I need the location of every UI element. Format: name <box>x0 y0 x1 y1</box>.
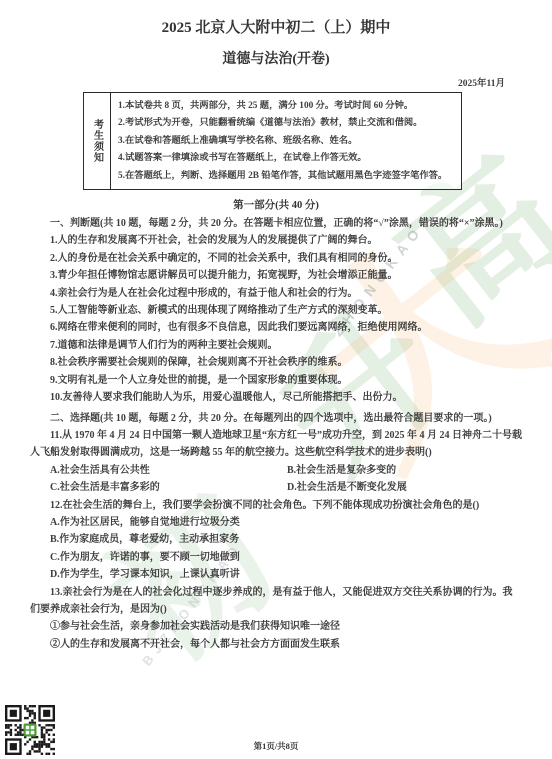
notice-label: 考生须知 <box>84 93 111 189</box>
question-13: 13.亲社会行为是在人的社会化过程中逐步养成的，是有益于他人，又能促进双方交往关… <box>30 584 522 619</box>
exam-date: 2025年11月 <box>0 75 505 89</box>
question-12: 12.在社会生活的舞台上，我们要学会扮演不同的社会角色。下列不能体现成功扮演社会… <box>30 497 522 514</box>
judge-item-5: 5.人工智能等新业态、新模式的出现体现了网络推动了生产方式的深刻变革。 <box>30 302 522 319</box>
part1-heading: 第一部分(共 40 分) <box>30 197 522 212</box>
notice-item: 1.本试卷共 8 页，共两部分，共 25 题，满分 100 分。考试时间 60 … <box>118 98 447 115</box>
judge-item-2: 2.人的身份是在社会关系中确定的，不同的社会关系中，我们具有相同的身份。 <box>30 250 522 267</box>
question-13-point-2: ②人的生存和发展离不开社会，每个人都与社会方方面面发生联系 <box>30 636 522 653</box>
judge-item-7: 7.道德和法律是调节人们行为的两种主要社会规则。 <box>30 337 522 354</box>
option-11-a: A.社会生活具有公共性 <box>50 462 287 479</box>
notice-item: 3.在试卷和答题纸上准确填写学校名称、班级名称、姓名。 <box>118 133 447 150</box>
option-11-b: B.社会生活是复杂多变的 <box>287 462 396 479</box>
option-11-c: C.社会生活是丰富多彩的 <box>50 479 287 496</box>
option-12-d: D.作为学生，学习课本知识，上课认真听讲 <box>30 566 522 583</box>
judge-item-9: 9.文明有礼是一个人立身处世的前提，是一个国家形象的重要体现。 <box>30 372 522 389</box>
judge-item-4: 4.亲社会行为是人在社会化过程中形成的，有益于他人和社会的行为。 <box>30 285 522 302</box>
exam-title: 2025 北京人大附中初二（上）期中 <box>30 16 522 37</box>
choice-section-intro: 二、选择题(共 10 题，每题 2 分，共 20 分。在每题列出的四个选项中，选… <box>30 410 522 427</box>
judge-item-1: 1.人的生存和发展离不开社会，社会的发展为人的发展提供了广阔的舞台。 <box>30 232 522 249</box>
exam-subtitle: 道德与法治(开卷) <box>30 48 522 68</box>
question-11: 11.从 1970 年 4 月 24 日中国第一颗人造地球卫星“东方红一号”成功… <box>30 427 522 462</box>
option-11-d: D.社会生活是不断变化发展 <box>287 479 407 496</box>
candidate-notice-box: 考生须知 1.本试卷共 8 页，共两部分，共 25 题，满分 100 分。考试时… <box>83 92 462 190</box>
notice-item: 4.试题答案一律填涂或书写在答题纸上，在试卷上作答无效。 <box>118 150 447 167</box>
question-11-options-row: A.社会生活具有公共性 B.社会生活是复杂多变的 <box>30 462 522 479</box>
option-12-a: A.作为社区居民，能够自觉地进行垃圾分类 <box>30 514 522 531</box>
option-12-c: C.作为朋友，许诺的事，要不顾一切地做到 <box>30 549 522 566</box>
question-11-options-row: C.社会生活是丰富多彩的 D.社会生活是不断变化发展 <box>30 479 522 496</box>
question-13-point-1: ①参与社会生活，亲身参加社会实践活动是我们获得知识唯一途径 <box>30 618 522 635</box>
notice-item: 5.在答题纸上，判断、选择题用 2B 铅笔作答，其他试题用黑色字迹签字笔作答。 <box>118 168 447 185</box>
page-number: 第1页/共8页 <box>0 740 552 752</box>
judge-item-3: 3.青少年担任博物馆志愿讲解员可以提升能力，拓宽视野，为社会增添正能量。 <box>30 267 522 284</box>
option-12-b: B.作为家庭成员，尊老爱幼，主动承担家务 <box>30 531 522 548</box>
notice-body: 1.本试卷共 8 页，共两部分，共 25 题，满分 100 分。考试时间 60 … <box>111 93 455 189</box>
judge-item-6: 6.网络在带来便利的同时，也有很多不良信息，因此我们要远离网络，拒绝使用网络。 <box>30 319 522 336</box>
exam-page: 高 升 初 大 ZHONGKAO BJZHONGKAO 2025 北京人大附中初… <box>0 0 552 759</box>
question-area: 一、判断题(共 10 题，每题 2 分，共 20 分。在答题卡相应位置，正确的将… <box>30 215 522 653</box>
notice-item: 2.考试形式为开卷，只能翻看统编《道德与法治》教材，禁止交流和借阅。 <box>118 115 447 132</box>
judge-item-10: 10.友善待人要求我们能助人为乐，用爱心温暖他人，尽己所能搭把手、出份力。 <box>30 389 522 406</box>
judge-item-8: 8.社会秩序需要社会规则的保障，社会规则离不开社会秩序的维系。 <box>30 354 522 371</box>
judge-section-intro: 一、判断题(共 10 题，每题 2 分，共 20 分。在答题卡相应位置，正确的将… <box>30 215 522 232</box>
